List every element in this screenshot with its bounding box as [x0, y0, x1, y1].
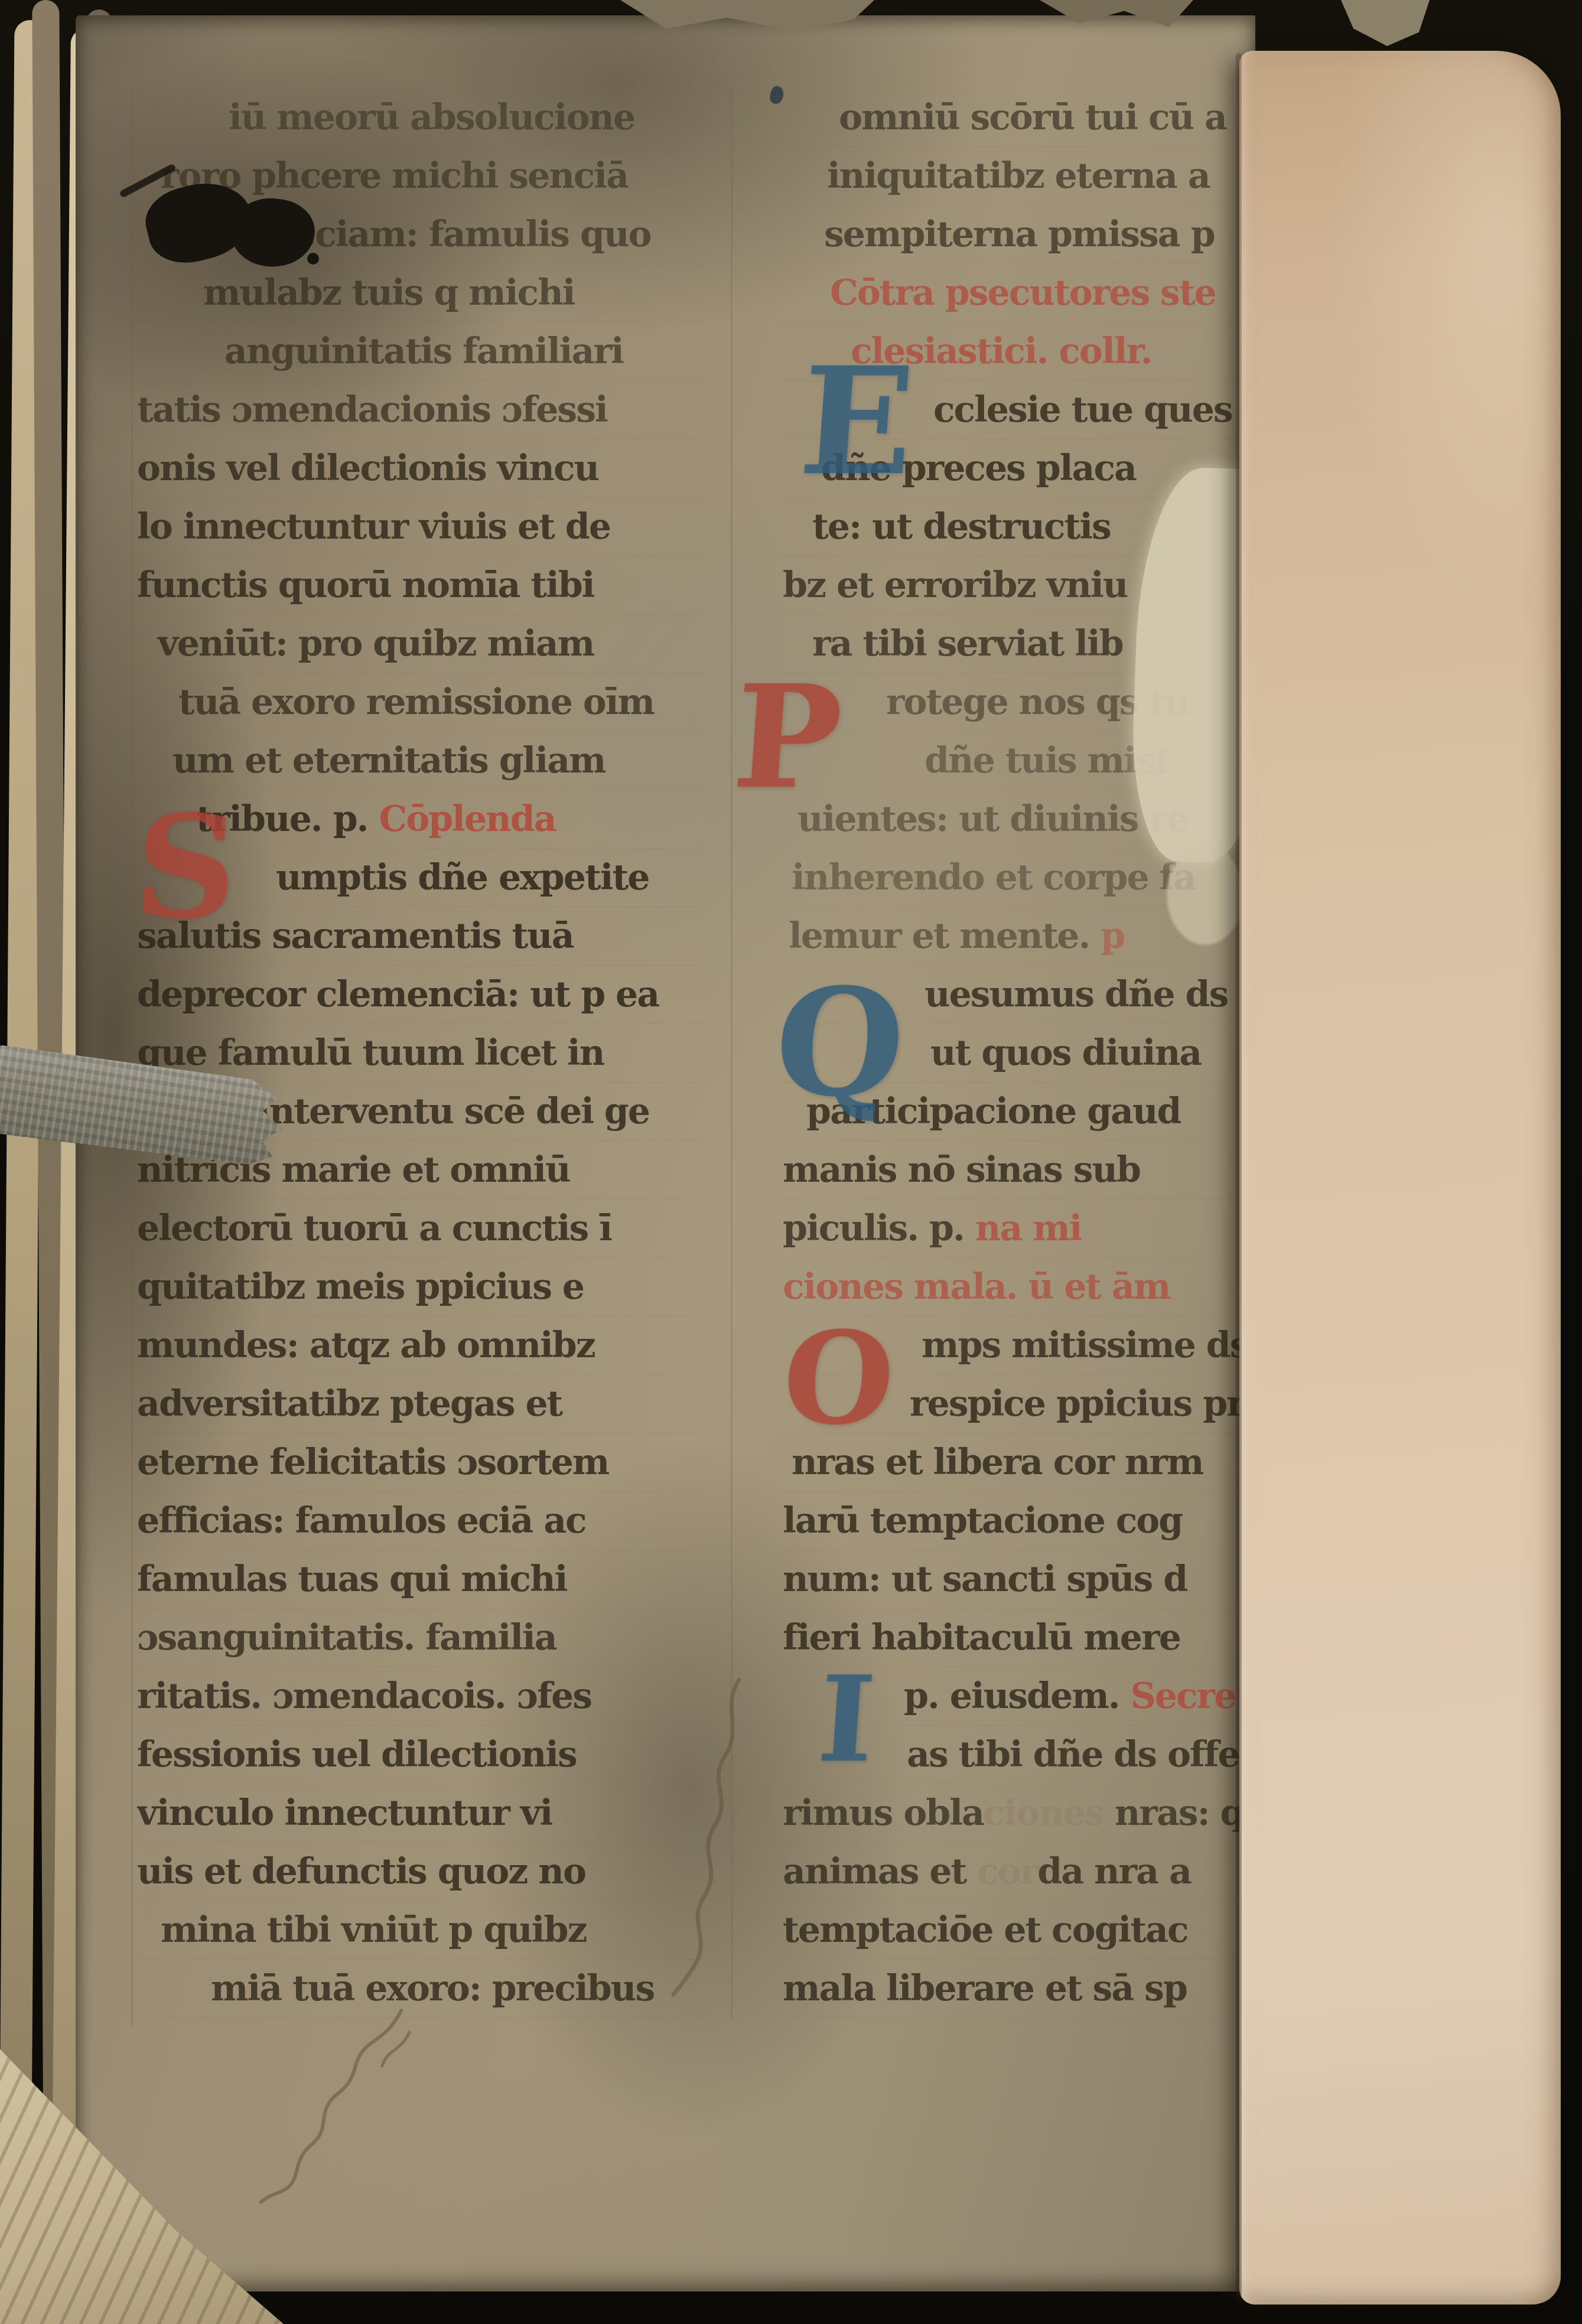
text-line: mundes: atqz ab omnibz: [137, 1316, 703, 1375]
text-line: temptaciōe et cogitac: [783, 1901, 1255, 1960]
text-line: ɔsanguinitatis. familia: [137, 1609, 703, 1667]
text-line: mala liberare et sā sp: [783, 1960, 1255, 2018]
text-line: electorū tuorū a cunctis ī: [137, 1200, 703, 1258]
text-line: adversitatibz ptegas et: [137, 1375, 703, 1433]
text-line: sempiterna pmissa p: [783, 206, 1255, 264]
text-line: tatis ɔmendacionis ɔfessi: [137, 381, 703, 439]
illuminated-initial: O: [779, 1315, 898, 1442]
text-line: eterne felicitatis ɔsortem: [137, 1433, 703, 1492]
text-line: mulabz tuis q michi: [137, 264, 703, 322]
illuminated-initial: Q: [770, 969, 909, 1116]
text-line: functis quorū nomīa tibi: [137, 556, 703, 615]
flap-edge-shadow: [1236, 53, 1242, 2297]
text-line: rimus oblaciones nras: q: [783, 1784, 1255, 1843]
text-line: famulas tuas qui michi: [137, 1550, 703, 1609]
repair-patch-small: [1167, 845, 1244, 945]
text-line: omniū scōrū tui cū a: [783, 89, 1255, 147]
ruling-line-left: [131, 89, 133, 2026]
text-line: iniquitatibz eterna a: [783, 147, 1255, 206]
text-line: piculis. p. na mi: [783, 1200, 1255, 1258]
text-line: Cōtra psecutores ste: [783, 264, 1255, 322]
text-line: fessionis uel dilectionis: [137, 1726, 703, 1784]
text-line: um et eternitatis gliam: [137, 732, 703, 790]
left-text-column: iū meorū absolucioneroro phcere michi se…: [137, 89, 703, 2032]
text-line: num: ut sancti spūs d: [783, 1550, 1255, 1609]
text-line: deprecor clemenciā: ut p ea: [137, 966, 703, 1024]
text-line: vinculo innectuntur vi: [137, 1784, 703, 1843]
torn-parchment-fragment: [1341, 0, 1430, 46]
illuminated-initial: P: [730, 666, 846, 808]
text-line: veniūt: pro quibz miam: [137, 615, 703, 673]
text-line: quitatibz meis ppicius e: [137, 1258, 703, 1316]
leather-flap: [1239, 51, 1561, 2305]
ink-blot-dot: [307, 253, 319, 265]
text-line: larū temptacione cog: [783, 1492, 1255, 1550]
text-line: efficias: famulos eciā ac: [137, 1492, 703, 1550]
illuminated-initial: S: [130, 796, 242, 938]
text-line: anguinitatis familiari: [137, 322, 703, 381]
marginal-cursive-signature: [224, 1995, 444, 2210]
text-line: tuā exoro remissione oīm: [137, 673, 703, 732]
text-line: uis et defunctis quoz no: [137, 1843, 703, 1901]
text-line: animas et corda nra a: [783, 1843, 1255, 1901]
text-line: lo innectuntur viuis et de: [137, 498, 703, 556]
text-line: manis nō sinas sub: [783, 1141, 1255, 1200]
text-line: ritatis. ɔmendacois. ɔfes: [137, 1667, 703, 1726]
text-line: onis vel dilectionis vincu: [137, 439, 703, 498]
illuminated-initial: E: [796, 347, 919, 495]
manuscript-photo: { "document": { "kind": "medieval manusc…: [0, 0, 1582, 2324]
text-line: que famulū tuum licet in: [137, 1024, 703, 1083]
text-line: iū meorū absolucione: [137, 89, 703, 147]
text-line: mina tibi vniūt p quibz: [137, 1901, 703, 1960]
illuminated-initial: I: [815, 1661, 878, 1779]
